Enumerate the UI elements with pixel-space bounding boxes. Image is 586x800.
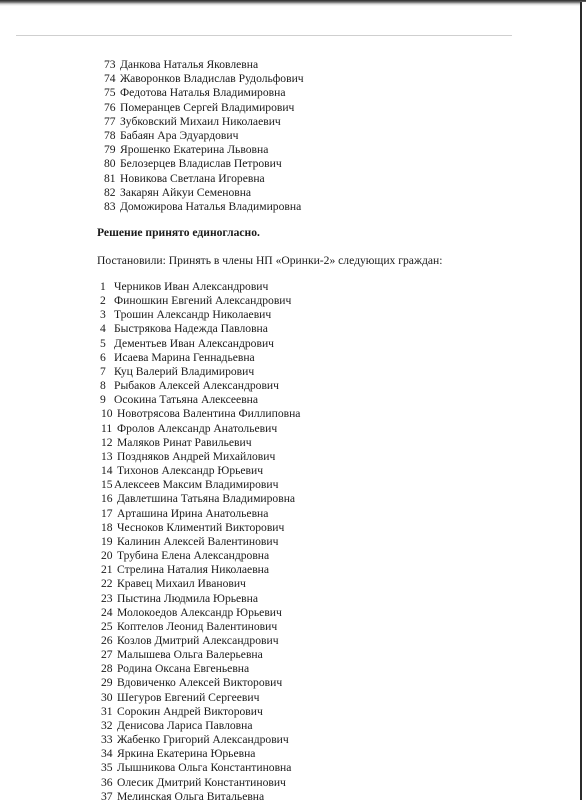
member-name: Родина Оксана Евгеньевна: [117, 662, 249, 675]
list-item: 16Давлетшина Татьяна Владимировна: [101, 492, 295, 506]
list-item: 29Вдовиченко Алексей Викторович: [101, 676, 282, 690]
item-number: 14: [101, 464, 117, 478]
item-number: 2: [100, 294, 114, 308]
list-item: 28Родина Оксана Евгеньевна: [101, 662, 249, 676]
list-item: 10Новотрясова Валентина Филлиповна: [101, 407, 300, 421]
list-item: 3Трошин Александр Николаевич: [100, 308, 271, 322]
list-item: 74Жаворонков Владислав Рудольфович: [104, 72, 304, 86]
list-item: 75Федотова Наталья Владимировна: [104, 86, 285, 100]
list-item: 37Мелинская Ольга Витальевна: [101, 790, 264, 800]
member-name: Арташина Ирина Анатольевна: [117, 507, 268, 520]
list-item: 79Ярошенко Екатерина Львовна: [104, 143, 268, 157]
list-item: 31Сорокин Андрей Викторович: [101, 705, 263, 719]
list-item: 12Маляков Ринат Равильевич: [101, 436, 252, 450]
list-item: 23Пыстина Людмила Юрьевна: [101, 592, 258, 606]
item-number: 18: [101, 521, 117, 535]
member-name: Черников Иван Александрович: [114, 280, 268, 293]
item-number: 35: [101, 761, 117, 775]
member-name: Ярошенко Екатерина Львовна: [120, 143, 268, 156]
member-name: Лышникова Ольга Константиновна: [117, 761, 291, 774]
member-name: Коптелов Леонид Валентинович: [117, 620, 277, 633]
member-name: Яркина Екатерина Юрьевна: [117, 747, 255, 760]
member-name: Вдовиченко Алексей Викторович: [117, 676, 282, 689]
item-number: 78: [104, 129, 120, 143]
scan-top-shadow: [0, 0, 586, 6]
member-name: Трошин Александр Николаевич: [114, 308, 271, 321]
list-item: 34Яркина Екатерина Юрьевна: [101, 747, 255, 761]
item-number: 20: [101, 549, 117, 563]
list-item: 17Арташина Ирина Анатольевна: [101, 507, 268, 521]
header-rule: [16, 35, 512, 36]
list-item: 83Доможирова Наталья Владимировна: [104, 200, 301, 214]
member-name: Зубковский Михаил Николаевич: [120, 115, 281, 128]
item-number: 82: [104, 186, 120, 200]
decision-statement: Решение принято единогласно.: [97, 226, 260, 240]
list-item: 9Осокина Татьяна Алексеевна: [100, 393, 258, 407]
member-name: Трубина Елена Александровна: [117, 549, 269, 562]
item-number: 10: [101, 407, 117, 421]
item-number: 28: [101, 662, 117, 676]
item-number: 77: [104, 115, 120, 129]
member-name: Давлетшина Татьяна Владимировна: [117, 492, 295, 505]
member-name: Осокина Татьяна Алексеевна: [114, 393, 258, 406]
member-name: Быстрякова Надежда Павловна: [114, 322, 268, 335]
scan-page-edge: [580, 2, 586, 800]
list-item: 1Черников Иван Александрович: [100, 280, 268, 294]
member-name: Тихонов Александр Юрьевич: [117, 464, 263, 477]
member-name: Стрелина Наталия Николаевна: [117, 563, 269, 576]
item-number: 17: [101, 507, 117, 521]
list-item: 4Быстрякова Надежда Павловна: [100, 322, 268, 336]
member-name: Померанцев Сергей Владимирович: [120, 101, 294, 114]
list-item: 14Тихонов Александр Юрьевич: [101, 464, 263, 478]
item-number: 27: [101, 648, 117, 662]
list-item: 8Рыбаков Алексей Александрович: [100, 379, 279, 393]
member-name: Олесик Дмитрий Константинович: [117, 776, 286, 789]
item-number: 73: [104, 58, 120, 72]
item-number: 1: [100, 280, 114, 294]
list-item: 15Алексеев Максим Владимирович: [101, 478, 278, 492]
item-number: 21: [101, 563, 117, 577]
item-number: 75: [104, 86, 120, 100]
list-item: 24Молокоедов Александр Юрьевич: [101, 606, 282, 620]
item-number: 5: [100, 337, 114, 351]
item-number: 3: [100, 308, 114, 322]
member-name: Исаева Марина Геннадьевна: [114, 351, 255, 364]
member-name: Козлов Дмитрий Александрович: [117, 634, 279, 647]
list-item: 80Белозерцев Владислав Петрович: [104, 157, 282, 171]
resolution-statement: Постановили: Принять в члены НП «Оринки-…: [97, 254, 442, 268]
item-number: 13: [101, 450, 117, 464]
list-item: 27Малышева Ольга Валерьевна: [101, 648, 263, 662]
list-item: 13Поздняков Андрей Михайлович: [101, 450, 275, 464]
member-name: Федотова Наталья Владимировна: [120, 86, 285, 99]
item-number: 7: [100, 365, 114, 379]
item-number: 11: [101, 422, 117, 436]
item-number: 76: [104, 101, 120, 115]
item-number: 25: [101, 620, 117, 634]
member-name: Шегуров Евгений Сергеевич: [117, 691, 259, 704]
item-number: 23: [101, 592, 117, 606]
list-item: 35Лышникова Ольга Константиновна: [101, 761, 291, 775]
list-item: 78Бабаян Ара Эдуардович: [104, 129, 238, 143]
list-item: 25Коптелов Леонид Валентинович: [101, 620, 277, 634]
member-name: Мелинская Ольга Витальевна: [117, 790, 264, 800]
list-item: 77Зубковский Михаил Николаевич: [104, 115, 281, 129]
list-item: 36Олесик Дмитрий Константинович: [101, 776, 286, 790]
list-item: 2Финошкин Евгений Александрович: [100, 294, 291, 308]
member-name: Бабаян Ара Эдуардович: [120, 129, 238, 142]
member-name: Жабенко Григорий Александрович: [117, 733, 289, 746]
list-item: 33Жабенко Григорий Александрович: [101, 733, 289, 747]
item-number: 9: [100, 393, 114, 407]
list-item: 11Фролов Александр Анатольевич: [101, 422, 277, 436]
member-name: Малышева Ольга Валерьевна: [117, 648, 263, 661]
item-number: 24: [101, 606, 117, 620]
list-item: 5Дементьев Иван Александрович: [100, 337, 274, 351]
member-name: Дементьев Иван Александрович: [114, 337, 274, 350]
item-number: 19: [101, 535, 117, 549]
item-number: 29: [101, 676, 117, 690]
list-item: 18Чесноков Климентий Викторович: [101, 521, 284, 535]
member-name: Белозерцев Владислав Петрович: [120, 157, 282, 170]
item-number: 12: [101, 436, 117, 450]
member-name: Пыстина Людмила Юрьевна: [117, 592, 258, 605]
list-item: 19Калинин Алексей Валентинович: [101, 535, 278, 549]
member-name: Денисова Лариса Павловна: [117, 719, 253, 732]
item-number: 4: [100, 322, 114, 336]
list-item: 26Козлов Дмитрий Александрович: [101, 634, 279, 648]
item-number: 81: [104, 172, 120, 186]
item-number: 26: [101, 634, 117, 648]
list-item: 20Трубина Елена Александровна: [101, 549, 269, 563]
list-item: 21Стрелина Наталия Николаевна: [101, 563, 269, 577]
member-name: Новикова Светлана Игоревна: [120, 172, 265, 185]
item-number: 31: [101, 705, 117, 719]
member-name: Жаворонков Владислав Рудольфович: [120, 72, 304, 85]
member-name: Данкова Наталья Яковлевна: [120, 58, 258, 71]
member-name: Молокоедов Александр Юрьевич: [117, 606, 282, 619]
item-number: 34: [101, 747, 117, 761]
member-name: Фролов Александр Анатольевич: [117, 422, 277, 435]
member-name: Новотрясова Валентина Филлиповна: [117, 407, 300, 420]
list-item: 7Куц Валерий Владимирович: [100, 365, 254, 379]
member-name: Чесноков Климентий Викторович: [117, 521, 284, 534]
list-item: 6Исаева Марина Геннадьевна: [100, 351, 255, 365]
item-number: 16: [101, 492, 117, 506]
member-name: Финошкин Евгений Александрович: [114, 294, 291, 307]
member-name: Сорокин Андрей Викторович: [117, 705, 263, 718]
member-name: Маляков Ринат Равильевич: [117, 436, 252, 449]
member-name: Рыбаков Алексей Александрович: [114, 379, 279, 392]
member-name: Кравец Михаил Иванович: [117, 577, 246, 590]
item-number: 8: [100, 379, 114, 393]
item-number: 22: [101, 577, 117, 591]
list-item: 76Померанцев Сергей Владимирович: [104, 101, 294, 115]
item-number: 15: [101, 478, 114, 492]
list-item: 22Кравец Михаил Иванович: [101, 577, 246, 591]
item-number: 6: [100, 351, 114, 365]
item-number: 37: [101, 790, 117, 800]
item-number: 33: [101, 733, 117, 747]
member-name: Закарян Айкуи Семеновна: [120, 186, 251, 199]
member-name: Алексеев Максим Владимирович: [114, 478, 278, 491]
item-number: 83: [104, 200, 120, 214]
item-number: 74: [104, 72, 120, 86]
member-name: Калинин Алексей Валентинович: [117, 535, 278, 548]
list-item: 81Новикова Светлана Игоревна: [104, 172, 265, 186]
item-number: 36: [101, 776, 117, 790]
member-name: Поздняков Андрей Михайлович: [117, 450, 275, 463]
list-item: 32Денисова Лариса Павловна: [101, 719, 253, 733]
list-item: 30Шегуров Евгений Сергеевич: [101, 691, 259, 705]
item-number: 30: [101, 691, 117, 705]
member-name: Куц Валерий Владимирович: [114, 365, 254, 378]
item-number: 79: [104, 143, 120, 157]
item-number: 32: [101, 719, 117, 733]
member-name: Доможирова Наталья Владимировна: [120, 200, 301, 213]
item-number: 80: [104, 157, 120, 171]
list-item: 73Данкова Наталья Яковлевна: [104, 58, 258, 72]
list-item: 82Закарян Айкуи Семеновна: [104, 186, 251, 200]
